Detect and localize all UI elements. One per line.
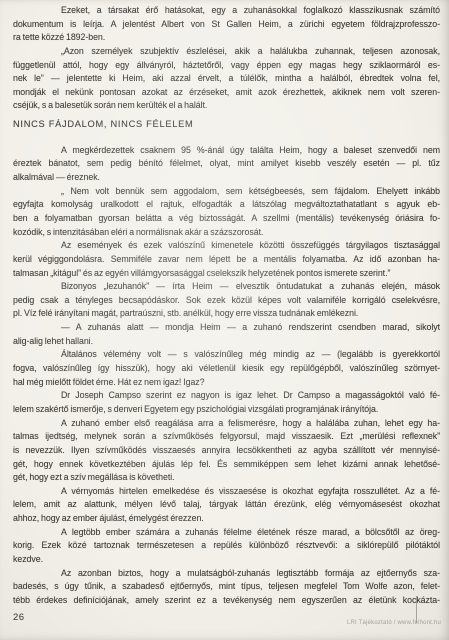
text-line: A vérnyomás hirtelen emelkedése és vissz…	[13, 485, 440, 499]
paragraph-2: „Azon személyek szubjektív észlelései, a…	[13, 45, 440, 113]
text-line: alig-alig lehet hallani.	[13, 335, 440, 349]
text-line: alkalmával — éreznek.	[13, 171, 440, 185]
paragraph-13: A legtöbb ember számára a zuhanás félelm…	[13, 526, 440, 567]
scan-crease-line	[416, 596, 417, 623]
text-line: fogva, valószínűleg így hisszük), hogy a…	[13, 362, 440, 376]
text-line: A megkérdezettek csaknem 95 %-ánál úgy t…	[13, 144, 440, 158]
text-line: talmas ijedtség, melynek során a szívműk…	[13, 430, 440, 444]
text-line: éreztek bánatot, sem pedig bénító félelm…	[13, 157, 440, 171]
text-line: cséjük, s a balesetük során nem kerülték…	[13, 99, 440, 113]
text-line: badesés, s úgy tűnik, a szabadeső ejtőer…	[13, 580, 440, 594]
text-line: tébb érdekes definíciójának, amely szeri…	[13, 594, 440, 608]
page-number: 26	[13, 612, 25, 623]
text-line: A legtöbb ember számára a zuhanás félelm…	[13, 526, 440, 540]
paragraph-9: Általános vélemény volt — s valószínűleg…	[13, 348, 440, 389]
text-line: pedig csak a tényleges becsapódáskor. So…	[13, 294, 440, 308]
paragraph-6: Az események és ezek valószínű kimenetel…	[13, 239, 440, 280]
text-line: mondják el nekünk pontosan azokat az érz…	[13, 86, 440, 100]
text-line: lelem szakértő ismerője, s denveri Egyet…	[13, 403, 440, 417]
text-line: „Azon személyek szubjektív észlelései, a…	[13, 45, 440, 59]
text-line: pl. Víz felé irányítani magát, partraúsz…	[13, 307, 440, 321]
text-line: hal még mielőtt földet érne. Hát ez nem …	[13, 376, 440, 390]
paragraph-12: A vérnyomás hirtelen emelkedése és vissz…	[13, 485, 440, 526]
text-line: Ezeket, a társakat érő hatásokat, egy a …	[13, 4, 440, 18]
text-line: Bizonyos „lezuhanók” — írta Heim — elves…	[13, 280, 440, 294]
text-line: is nevezzük. Ilyen szívműködés visszaesé…	[13, 444, 440, 458]
paragraph-1: Ezeket, a társakat érő hatásokat, egy a …	[13, 4, 440, 45]
text-line: kezdve.	[13, 553, 440, 567]
text-line: dokumentum is leírja. A jelentést Albert…	[13, 18, 440, 32]
paragraph-5: „ Nem volt bennük sem aggodalom, sem két…	[13, 185, 440, 240]
text-line: Dr Joseph Campso szerint ez nagyon is ig…	[13, 389, 440, 403]
text-line: ra tette közzé 1892-ben.	[13, 31, 440, 45]
text-line: egyfajta komolyság uralkodott el rajtuk,…	[13, 198, 440, 212]
paragraph-4: A megkérdezettek csaknem 95 %-ánál úgy t…	[13, 144, 440, 185]
section-heading: NINCS FÁJDALOM, NINCS FÉLELEM	[13, 118, 440, 132]
text-line: kerül végiggondolásra. Semmiféle zavar n…	[13, 253, 440, 267]
paragraph-11: A zuhanó ember első reagálása arra a fel…	[13, 417, 440, 485]
text-line: — A zuhanás alatt — mondja Heim — a zuha…	[13, 321, 440, 335]
text-line: gét, hogy ezt a szív megállása is követh…	[13, 471, 440, 485]
text-line: A zuhanó ember első reagálása arra a fel…	[13, 417, 440, 431]
watermark: LRI Tájékoztató / www.felhont.hu	[347, 620, 441, 626]
text-line: lelem, amit az alattunk, mélyen lévő tal…	[13, 498, 440, 512]
paragraph-8: — A zuhanás alatt — mondja Heim — a zuha…	[13, 321, 440, 348]
document-text: Ezeket, a társakat érő hatásokat, egy a …	[13, 4, 440, 608]
text-line: ben a folyamatban gyorsan belátta a vég …	[13, 212, 440, 226]
text-line: függetlenül attól, hogy egy állványról, …	[13, 59, 440, 73]
text-line: kozódik, s intenzitásában eléri a normál…	[13, 226, 440, 240]
text-line: „ Nem volt bennük sem aggodalom, sem két…	[13, 185, 440, 199]
text-line: Az események és ezek valószínű kimenetel…	[13, 239, 440, 253]
paragraph-14: Az azonban biztos, hogy a mulatságból-zu…	[13, 567, 440, 608]
text-line: Általános vélemény volt — s valószínűleg…	[13, 348, 440, 362]
text-line: Az azonban biztos, hogy a mulatságból-zu…	[13, 567, 440, 581]
text-line: gét, hogy ennek következtében ájulás lép…	[13, 458, 440, 472]
paragraph-7: Bizonyos „lezuhanók” — írta Heim — elves…	[13, 280, 440, 321]
text-line: korig. Ezek közé tartoznak természetesen…	[13, 539, 440, 553]
paragraph-10: Dr Joseph Campso szerint ez nagyon is ig…	[13, 389, 440, 416]
scanned-document-page: Ezeket, a társakat érő hatásokat, egy a …	[0, 0, 449, 640]
text-line: ahhoz, hogy az ember ájulást, émelygést …	[13, 512, 440, 526]
text-line: nek le” — jelentette ki Heim, aki azzal …	[13, 72, 440, 86]
text-line: talmasan „kitágul” és az egyén villámgyo…	[13, 267, 440, 281]
